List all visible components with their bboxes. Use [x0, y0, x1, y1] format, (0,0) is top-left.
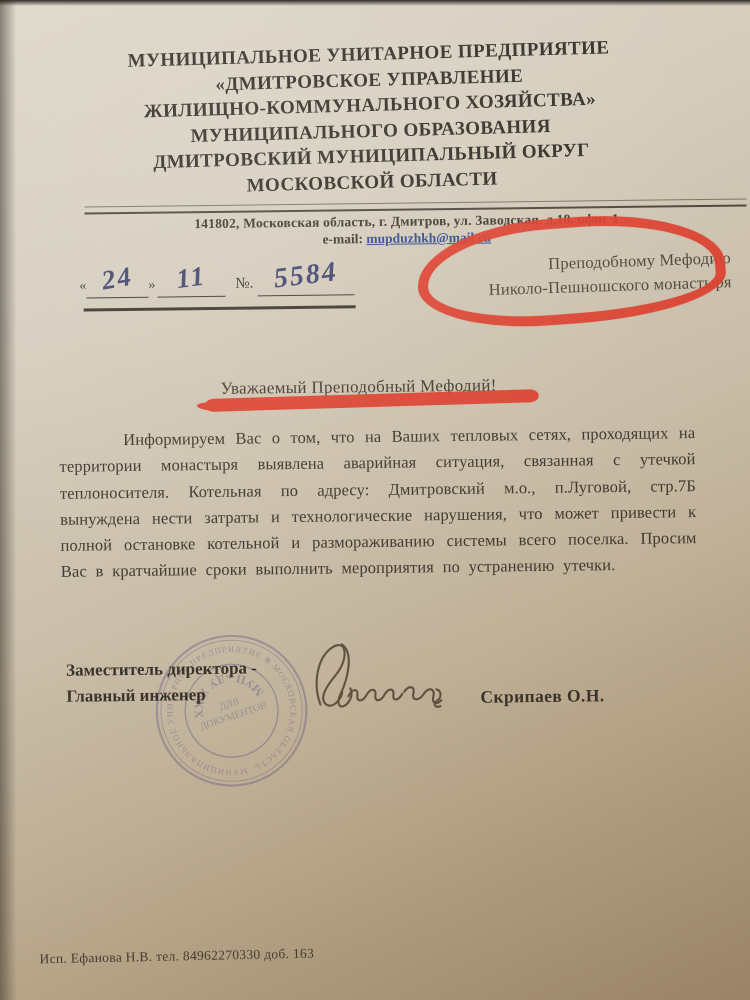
number-label: №. — [235, 275, 253, 291]
letter-photo: МУНИЦИПАЛЬНОЕ УНИТАРНОЕ ПРЕДПРИЯТИЕ «ДМИ… — [0, 0, 750, 1000]
day-blank: 24 — [86, 255, 149, 299]
handwritten-month: 11 — [156, 258, 228, 298]
close-quote: » — [148, 278, 155, 293]
handwritten-number: 5584 — [256, 254, 356, 297]
round-stamp: МУНИЦИПАЛЬНОЕ УНИТАРНОЕ ПРЕДПРИЯТИЕ ✻ МО… — [152, 631, 312, 791]
organization-name: МУНИЦИПАЛЬНОЕ УНИТАРНОЕ ПРЕДПРИЯТИЕ «ДМИ… — [33, 33, 707, 205]
signer-name: Скрипаев О.Н. — [480, 685, 604, 708]
email-label: e-mail: — [322, 231, 366, 247]
letter-body: Информируем Вас о том, что на Ваших тепл… — [59, 420, 697, 586]
reference-underline — [84, 305, 356, 311]
handwritten-signature — [290, 631, 451, 733]
handwritten-day: 24 — [84, 258, 150, 299]
reference-block: «24»11№.5584 — [79, 252, 380, 299]
number-blank: 5584 — [257, 252, 355, 296]
month-blank: 11 — [157, 254, 226, 298]
executor-note: Исп. Ефанова Н.В. тел. 84962270330 доб. … — [39, 946, 314, 968]
